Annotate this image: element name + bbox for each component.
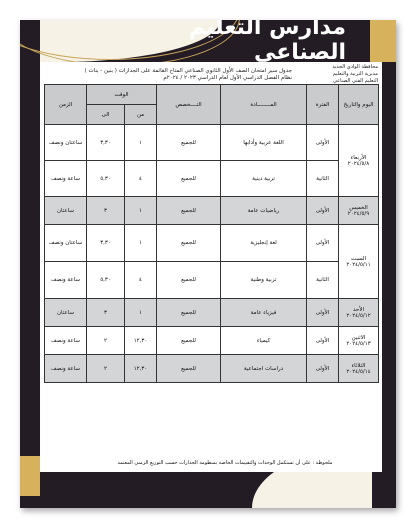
period-cell: الأولى: [307, 225, 339, 262]
exam-date: ٢٠٢٤/٥/٩: [339, 211, 378, 217]
table-row: الاثنين٢٠٢٤/٥/١٣الأولىكيمياءللجميع١٢,٣٠٢…: [45, 327, 379, 355]
subject-cell: تربية وطنية: [221, 262, 307, 299]
header-day-date: اليوم والتاريخ: [339, 85, 379, 125]
gold-accent: [20, 456, 40, 496]
time-from-cell: ١٢,٣٠: [125, 327, 157, 355]
time-from-cell: ١٢,٣٠: [125, 355, 157, 383]
table-row: الأحد٢٠٢٤/٥/١٢الأولىفيزياء عامةللجميع١٣س…: [45, 299, 379, 327]
header-time: الوقت: [87, 85, 157, 105]
specialization-cell: للجميع: [157, 161, 221, 197]
table-row: الثانيةتربية وطنيةللجميع٤٥,٣٠ساعة ونصف: [45, 262, 379, 299]
subject-cell: تربية دينية: [221, 161, 307, 197]
banner-title: مدارس التعليم الصناعى: [116, 20, 356, 60]
time-from-cell: ١: [125, 225, 157, 262]
time-to-cell: ٣,٣٠: [87, 125, 125, 161]
exam-date: ٢٠٢٤/٥/١٣: [339, 341, 378, 347]
table-row: الخميس٢٠٢٤/٥/٩الأولىرياضيات عامةللجميع١٣…: [45, 197, 379, 225]
exam-date: ٢٠٢٤/٥/١١: [339, 262, 378, 268]
day-date-cell: الأربعاء٢٠٢٤/٥/٨: [339, 125, 379, 197]
duration-cell: ساعة ونصف: [45, 161, 87, 197]
subject-cell: رياضيات عامة: [221, 197, 307, 225]
specialization-cell: للجميع: [157, 197, 221, 225]
subject-cell: فيزياء عامة: [221, 299, 307, 327]
header-duration: الزمن: [45, 85, 87, 125]
period-cell: الأولى: [307, 197, 339, 225]
specialization-cell: للجميع: [157, 225, 221, 262]
exam-date: ٢٠٢٤/٥/١٤: [339, 369, 378, 375]
time-from-cell: ١: [125, 197, 157, 225]
specialization-cell: للجميع: [157, 327, 221, 355]
header-subject: المــــــــادة: [221, 85, 307, 125]
time-to-cell: ٥,٣٠: [87, 262, 125, 299]
subject-cell: لغة إنجليزية: [221, 225, 307, 262]
time-to-cell: ٣: [87, 197, 125, 225]
table-row: الثلاثاء٢٠٢٤/٥/١٤الأولىدراسات اجتماعيةلل…: [45, 355, 379, 383]
time-to-cell: ٢: [87, 355, 125, 383]
duration-cell: ساعتان: [45, 299, 87, 327]
schedule-sheet: محافظة الوادي الجديد مديرية التربية والت…: [40, 62, 382, 472]
duration-cell: ساعتان: [45, 197, 87, 225]
day-date-cell: السبت٢٠٢٤/٥/١١: [339, 225, 379, 299]
time-to-cell: ٥,٣٠: [87, 161, 125, 197]
time-to-cell: ٢: [87, 327, 125, 355]
time-from-cell: ١: [125, 299, 157, 327]
period-cell: الأولى: [307, 355, 339, 383]
subject-cell: دراسات اجتماعية: [221, 355, 307, 383]
exam-schedule-table: اليوم والتاريخ الفترة المــــــــادة الت…: [44, 84, 379, 383]
organization-header: محافظة الوادي الجديد مديرية التربية والت…: [328, 64, 378, 85]
header-from: من: [125, 105, 157, 125]
subject-cell: كيمياء: [221, 327, 307, 355]
footer-note: ملحوظة : على أن تستكمل الوحدات والتقييما…: [80, 460, 370, 466]
time-from-cell: ٤: [125, 161, 157, 197]
day-date-cell: الأحد٢٠٢٤/٥/١٢: [339, 299, 379, 327]
schedule-title: جدول سير امتحان الصف الأول الثانوي الصنا…: [42, 68, 292, 82]
duration-cell: ساعة ونصف: [45, 262, 87, 299]
table-row: الأربعاء٢٠٢٤/٥/٨الأولىاللغة عربية وأدابه…: [45, 125, 379, 161]
specialization-cell: للجميع: [157, 125, 221, 161]
specialization-cell: للجميع: [157, 299, 221, 327]
period-cell: الأولى: [307, 327, 339, 355]
time-from-cell: ١: [125, 125, 157, 161]
time-from-cell: ٤: [125, 262, 157, 299]
period-cell: الأولى: [307, 299, 339, 327]
period-cell: الثانية: [307, 262, 339, 299]
period-cell: الأولى: [307, 125, 339, 161]
time-to-cell: ٣: [87, 299, 125, 327]
gold-accent: [370, 20, 396, 62]
subject-cell: اللغة عربية وأدابها: [221, 125, 307, 161]
time-to-cell: ٣,٣٠: [87, 225, 125, 262]
exam-date: ٢٠٢٤/٥/١٢: [339, 313, 378, 319]
duration-cell: ساعة ونصف: [45, 327, 87, 355]
period-cell: الثانية: [307, 161, 339, 197]
header-period: الفترة: [307, 85, 339, 125]
table-row: السبت٢٠٢٤/٥/١١الأولىلغة إنجليزيةللجميع١٣…: [45, 225, 379, 262]
specialization-cell: للجميع: [157, 355, 221, 383]
day-date-cell: الاثنين٢٠٢٤/٥/١٣: [339, 327, 379, 355]
day-date-cell: الخميس٢٠٢٤/٥/٩: [339, 197, 379, 225]
day-date-cell: الثلاثاء٢٠٢٤/٥/١٤: [339, 355, 379, 383]
header-to: الى: [87, 105, 125, 125]
duration-cell: ساعتان ونصف: [45, 125, 87, 161]
specialization-cell: للجميع: [157, 262, 221, 299]
header-specialization: التــــخصص: [157, 85, 221, 125]
table-row: الثانيةتربية دينيةللجميع٤٥,٣٠ساعة ونصف: [45, 161, 379, 197]
duration-cell: ساعتان ونصف: [45, 225, 87, 262]
exam-date: ٢٠٢٤/٥/٨: [339, 161, 378, 167]
duration-cell: ساعة ونصف: [45, 355, 87, 383]
